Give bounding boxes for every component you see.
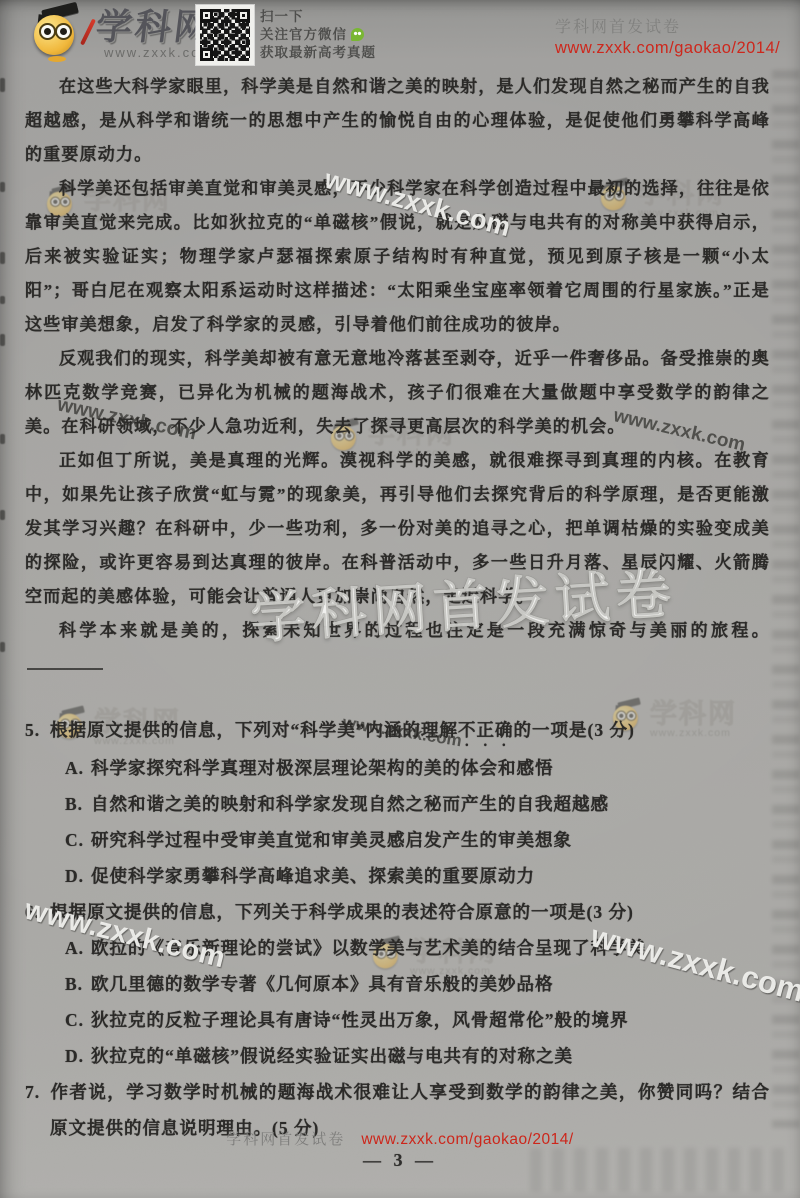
scan-edge-mark [0, 434, 5, 444]
issue-title: 学科网首发试卷 [555, 14, 780, 37]
qr-caption-line3: 获取最新高考真题 [260, 44, 376, 62]
question-number: 6. [25, 894, 50, 930]
header-issue-info: 学科网首发试卷 www.zxxk.com/gaokao/2014/ [555, 14, 780, 58]
scan-edge-mark [0, 78, 5, 92]
question-6-option-b: B.欧几里德的数学专著《几何原本》具有音乐般的美妙品格 [25, 966, 770, 1002]
qr-caption: 扫一下 关注官方微信 获取最新高考真题 [260, 8, 376, 62]
passage-paragraph: 科学美还包括审美直觉和审美灵感，不少科学家在科学创造过程中最初的选择，往往是依靠… [25, 172, 770, 342]
exam-content: 在这些大科学家眼里，科学美是自然和谐之美的映射，是人们发现自然之秘而产生的自我超… [25, 70, 770, 1146]
scan-edge-mark [0, 296, 5, 304]
scan-edge-mark [0, 334, 5, 346]
question-5-option-b: B.自然和谐之美的映射和科学家发现自然之秘而产生的自我超越感 [25, 786, 770, 822]
passage-paragraph: 在这些大科学家眼里，科学美是自然和谐之美的映射，是人们发现自然之秘而产生的自我超… [25, 70, 770, 172]
qr-code [196, 5, 254, 65]
scan-edge-mark [0, 182, 5, 192]
question-5-option-a: A.科学家探究科学真理对极深层理论架构的美的体会和感悟 [25, 750, 770, 786]
question-5-stem: 5.根据原文提供的信息，下列对“科学美”内涵的理解不正确的一项是(3 分) [25, 712, 770, 750]
question-6-option-a: A.欧拉的《音乐新理论的尝试》以数学美与艺术美的结合呈现了科学美 [25, 930, 770, 966]
qr-finder-icon [200, 9, 213, 22]
footer-title: 学科网首发试卷 [226, 1131, 345, 1148]
question-number: 7. [25, 1074, 50, 1110]
question-6-stem: 6.根据原文提供的信息，下列关于科学成果的表述符合原意的一项是(3 分) [25, 894, 770, 930]
issue-url: www.zxxk.com/gaokao/2014/ [555, 39, 780, 58]
owl-mascot-icon [26, 6, 90, 62]
footer-url: www.zxxk.com/gaokao/2014/ [361, 1131, 573, 1148]
scanned-exam-page: 学科网 www.zxxk.com 扫一下 关注官方微信 获取最新高考真题 学科网… [0, 0, 800, 1198]
zxxk-logo: 学科网 www.zxxk.com [26, 6, 213, 62]
qr-finder-icon [200, 48, 213, 61]
scan-edge-mark [0, 642, 5, 652]
question-5-option-c: C.研究科学过程中受审美直觉和审美灵感启发产生的审美想象 [25, 822, 770, 858]
passage-paragraph: 反观我们的现实，科学美却被有意无意地冷落甚至剥夺，近乎一件奢侈品。备受推崇的奥林… [25, 342, 770, 444]
scan-edge-mark [0, 510, 5, 520]
question-5-option-d: D.促使科学家勇攀科学高峰追求美、探索美的重要原动力 [25, 858, 770, 894]
footer-issue-info: 学科网首发试卷www.zxxk.com/gaokao/2014/ [0, 1128, 800, 1149]
passage-paragraph: 科学本来就是美的，探索未知世界的过程也注定是一段充满惊奇与美丽的旅程。 [25, 614, 770, 682]
qr-caption-line1: 扫一下 [260, 8, 376, 26]
bleedthrough-right-column [772, 70, 800, 1128]
reading-passage: 在这些大科学家眼里，科学美是自然和谐之美的映射，是人们发现自然之秘而产生的自我超… [25, 70, 770, 682]
question-6-option-c: C.狄拉克的反粒子理论具有唐诗“性灵出万象，风骨超常伦”般的境界 [25, 1002, 770, 1038]
question-section: 5.根据原文提供的信息，下列对“科学美”内涵的理解不正确的一项是(3 分) A.… [25, 712, 770, 1146]
passage-paragraph: 正如但丁所说，美是真理的光辉。漠视科学的美感，就很难探寻到真理的内核。在教育中，… [25, 444, 770, 614]
page-number: — 3 — [0, 1150, 800, 1171]
qr-finder-icon [237, 9, 250, 22]
handwritten-underline [27, 651, 103, 670]
question-6-option-d: D.狄拉克的“单磁核”假说经实验证实出磁与电共有的对称之美 [25, 1038, 770, 1074]
scan-edge-mark [0, 252, 5, 264]
question-number: 5. [25, 712, 50, 748]
qr-caption-line2: 关注官方微信 [260, 26, 376, 44]
wechat-icon [351, 28, 364, 41]
emphasized-text: 不正确 [458, 720, 514, 740]
